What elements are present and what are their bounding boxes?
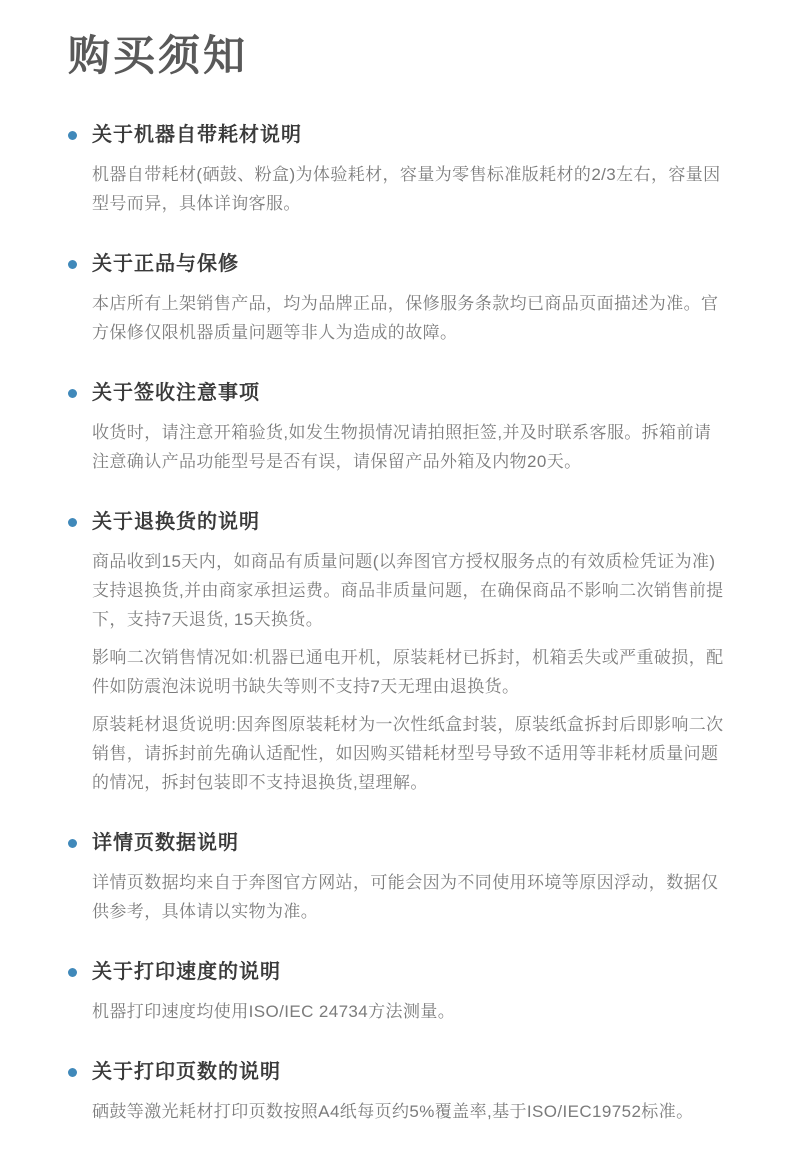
bullet-icon [68,389,77,398]
section-body: 详情页数据均来自于奔图官方网站，可能会因为不同使用环境等原因浮动，数据仅供参考，… [92,868,728,926]
section-heading: 关于打印页数的说明 [92,1059,281,1086]
section-heading: 关于打印速度的说明 [92,959,281,986]
section-heading-row: 关于签收注意事项 [68,380,728,407]
bullet-icon [68,260,77,269]
section-body: 硒鼓等激光耗材打印页数按照A4纸每页约5%覆盖率,基于ISO/IEC19752标… [92,1097,728,1126]
section-body: 商品收到15天内，如商品有质量问题(以奔图官方授权服务点的有效质检凭证为准)支持… [92,547,728,797]
section-authenticity-warranty: 关于正品与保修 本店所有上架销售产品，均为品牌正品，保修服务条款均已商品页面描述… [68,251,728,347]
section-paragraph: 商品收到15天内，如商品有质量问题(以奔图官方授权服务点的有效质检凭证为准)支持… [92,547,728,634]
section-body: 本店所有上架销售产品，均为品牌正品，保修服务条款均已商品页面描述为准。官方保修仅… [92,289,728,347]
section-paragraph: 机器打印速度均使用ISO/IEC 24734方法测量。 [92,997,728,1026]
purchase-notice-page: 购买须知 关于机器自带耗材说明 机器自带耗材(硒鼓、粉盒)为体验耗材，容量为零售… [0,0,790,1161]
section-heading: 关于机器自带耗材说明 [92,122,302,149]
section-heading: 关于签收注意事项 [92,380,260,407]
page-title: 购买须知 [68,30,728,82]
section-paragraph: 本店所有上架销售产品，均为品牌正品，保修服务条款均已商品页面描述为准。官方保修仅… [92,289,728,347]
section-heading-row: 关于打印速度的说明 [68,959,728,986]
bullet-icon [68,839,77,848]
section-machine-consumables: 关于机器自带耗材说明 机器自带耗材(硒鼓、粉盒)为体验耗材，容量为零售标准版耗材… [68,122,728,218]
section-heading-row: 关于打印页数的说明 [68,1059,728,1086]
bullet-icon [68,968,77,977]
section-heading-row: 详情页数据说明 [68,830,728,857]
section-receiving-notes: 关于签收注意事项 收货时，请注意开箱验货,如发生物损情况请拍照拒签,并及时联系客… [68,380,728,476]
bullet-icon [68,1068,77,1077]
section-print-pages: 关于打印页数的说明 硒鼓等激光耗材打印页数按照A4纸每页约5%覆盖率,基于ISO… [68,1059,728,1126]
section-paragraph: 收货时，请注意开箱验货,如发生物损情况请拍照拒签,并及时联系客服。拆箱前请注意确… [92,418,728,476]
section-body: 机器打印速度均使用ISO/IEC 24734方法测量。 [92,997,728,1026]
section-heading: 详情页数据说明 [92,830,239,857]
section-print-speed: 关于打印速度的说明 机器打印速度均使用ISO/IEC 24734方法测量。 [68,959,728,1026]
section-return-exchange: 关于退换货的说明 商品收到15天内，如商品有质量问题(以奔图官方授权服务点的有效… [68,509,728,797]
section-paragraph: 机器自带耗材(硒鼓、粉盒)为体验耗材，容量为零售标准版耗材的2/3左右，容量因型… [92,160,728,218]
section-heading: 关于退换货的说明 [92,509,260,536]
section-paragraph: 影响二次销售情况如:机器已通电开机，原装耗材已拆封，机箱丢失或严重破损，配件如防… [92,643,728,701]
section-body: 收货时，请注意开箱验货,如发生物损情况请拍照拒签,并及时联系客服。拆箱前请注意确… [92,418,728,476]
section-heading-row: 关于机器自带耗材说明 [68,122,728,149]
bullet-icon [68,518,77,527]
section-paragraph: 硒鼓等激光耗材打印页数按照A4纸每页约5%覆盖率,基于ISO/IEC19752标… [92,1097,728,1126]
section-body: 机器自带耗材(硒鼓、粉盒)为体验耗材，容量为零售标准版耗材的2/3左右，容量因型… [92,160,728,218]
section-heading-row: 关于退换货的说明 [68,509,728,536]
bullet-icon [68,131,77,140]
section-detail-page-data: 详情页数据说明 详情页数据均来自于奔图官方网站，可能会因为不同使用环境等原因浮动… [68,830,728,926]
section-heading: 关于正品与保修 [92,251,239,278]
section-paragraph: 详情页数据均来自于奔图官方网站，可能会因为不同使用环境等原因浮动，数据仅供参考，… [92,868,728,926]
section-paragraph: 原装耗材退货说明:因奔图原装耗材为一次性纸盒封装，原装纸盒拆封后即影响二次销售，… [92,710,728,797]
section-heading-row: 关于正品与保修 [68,251,728,278]
